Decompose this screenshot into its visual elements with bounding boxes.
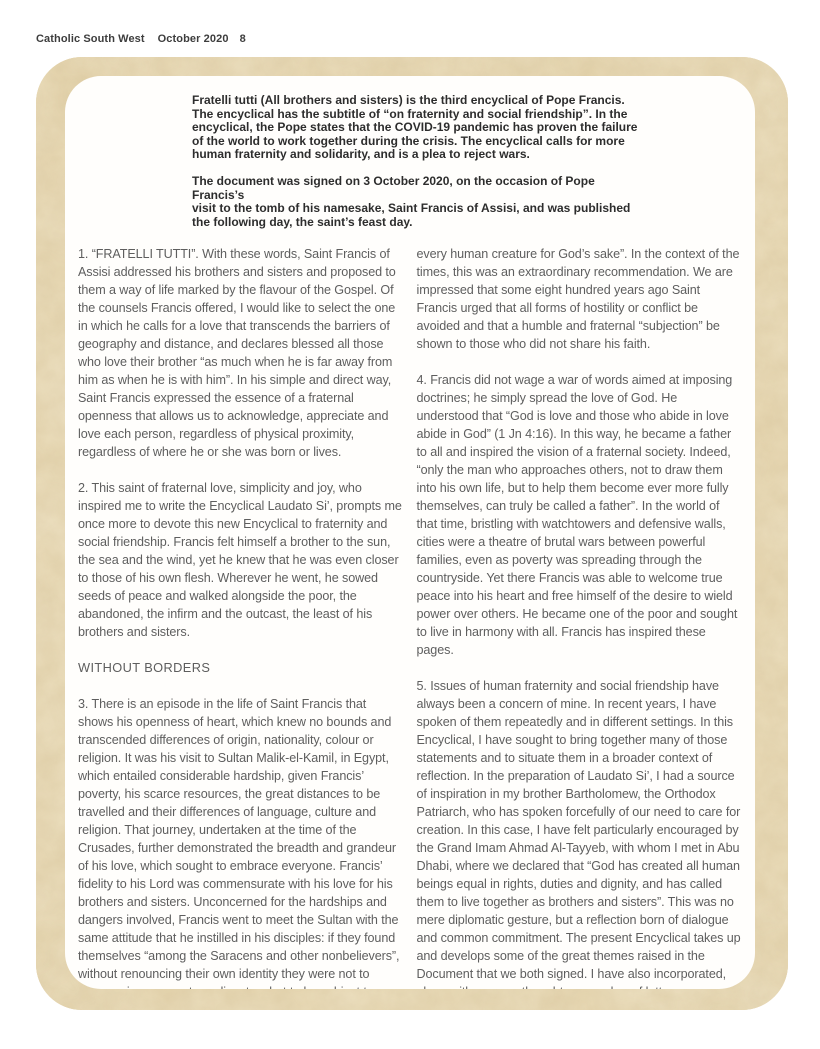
intro-paragraph-summary: Fratelli tutti (All brothers and sisters… [192, 94, 644, 162]
right-column: every human creature for God’s sake”. In… [417, 245, 743, 989]
paragraph-3-continued: every human creature for God’s sake”. In… [417, 245, 743, 353]
parchment-frame: Fratelli tutti (All brothers and sisters… [36, 57, 788, 1010]
paragraph-3-episode-saint-francis: 3. There is an episode in the life of Sa… [78, 695, 404, 989]
section-heading-without-borders: WITHOUT BORDERS [78, 659, 404, 677]
paragraph-2-saint-of-fraternal-love: 2. This saint of fraternal love, simplic… [78, 479, 404, 641]
article-columns: 1. “FRATELLI TUTTI”. With these words, S… [78, 245, 742, 989]
paragraph-1-fratelli-tutti: 1. “FRATELLI TUTTI”. With these words, S… [78, 245, 404, 461]
publication-name: Catholic South West [36, 33, 145, 45]
intro-block: Fratelli tutti (All brothers and sisters… [192, 94, 644, 229]
paragraph-5-issues-of-fraternity: 5. Issues of human fraternity and social… [417, 677, 743, 989]
content-panel: Fratelli tutti (All brothers and sisters… [65, 76, 755, 989]
intro-paragraph-signing: The document was signed on 3 October 202… [192, 175, 644, 229]
paragraph-4-war-of-words: 4. Francis did not wage a war of words a… [417, 371, 743, 659]
page-number: 8 [240, 33, 246, 45]
left-column: 1. “FRATELLI TUTTI”. With these words, S… [78, 245, 404, 989]
issue-date: October 2020 [158, 33, 229, 45]
page-header: Catholic South WestOctober 20208 [36, 33, 246, 45]
